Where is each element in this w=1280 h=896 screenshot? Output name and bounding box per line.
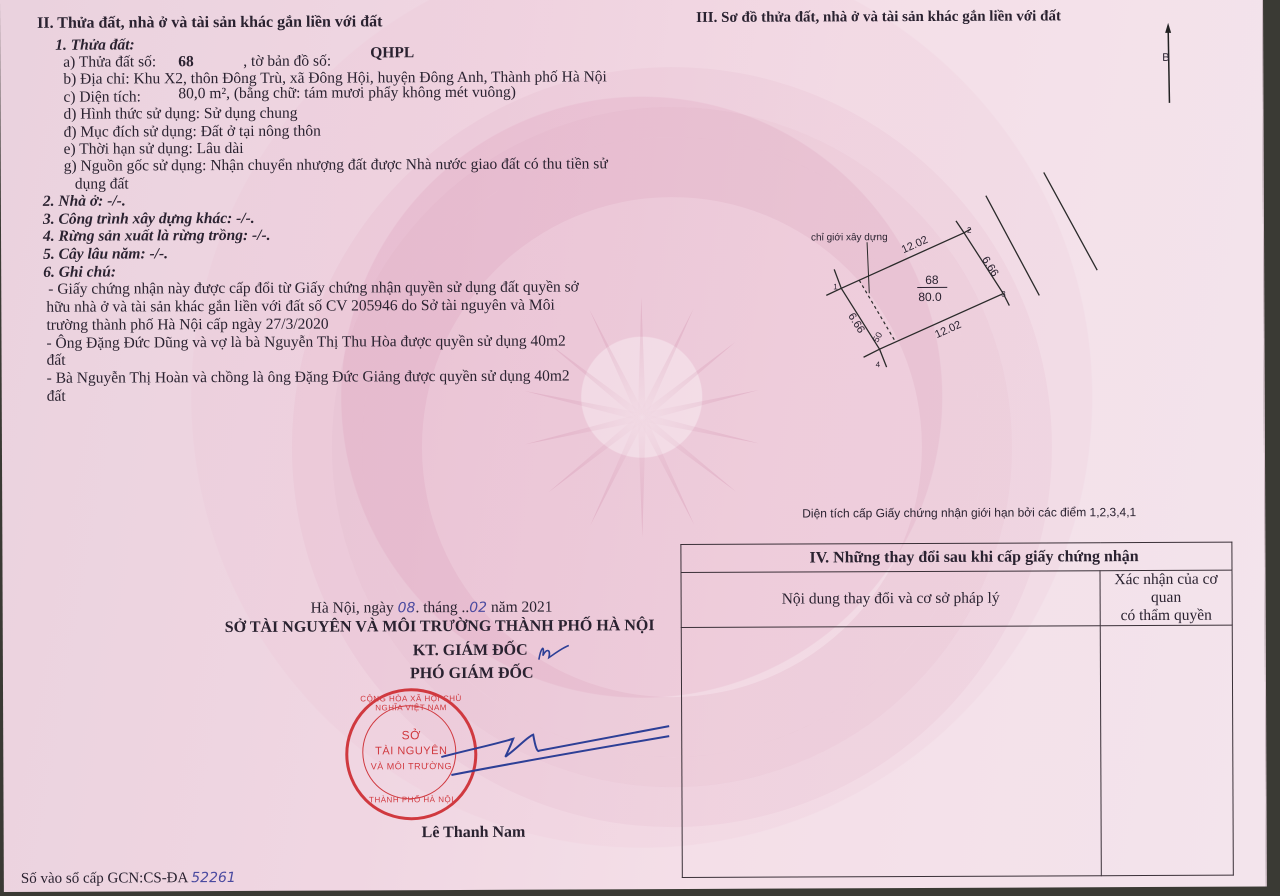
changes-table: IV. Những thay đổi sau khi cấp giấy chứn… (680, 542, 1233, 878)
issue-year: năm 2021 (491, 599, 553, 616)
handwritten-signature (433, 722, 673, 783)
issue-day: 08 (398, 600, 416, 616)
column-authority-confirmation: Xác nhận của cơ quan có thẩm quyền (1100, 570, 1232, 626)
seal-ring-text: CỘNG HÒA XÃ HỘI CHỦ NGHĨA VIỆT NAM (348, 694, 474, 713)
signer-role-1: KT. GIÁM ĐỐC (413, 642, 528, 661)
column-change-content: Nội dung thay đổi và cơ sở pháp lý (681, 571, 1100, 628)
point-3: 3 (1001, 286, 1006, 304)
signer-name: Lê Thanh Nam (422, 824, 526, 842)
authority-confirmation-cell (1100, 625, 1233, 876)
construction-line-label: chỉ giới xây dựng (811, 229, 888, 247)
register-number: Số vào sổ cấp GCN:CS-ĐA 52261 (21, 869, 236, 888)
section-4-title: IV. Những thay đổi sau khi cấp giấy chứn… (681, 542, 1232, 572)
point-1: 1 (833, 278, 838, 296)
col2-line1: Xác nhận của cơ quan (1101, 571, 1232, 608)
signer-role-2: PHÓ GIÁM ĐỐC (410, 665, 534, 684)
issuing-agency: SỞ TÀI NGUYÊN VÀ MÔI TRƯỜNG THÀNH PHỐ HÀ… (225, 617, 655, 637)
parcel-area-label: 80.0 (918, 288, 941, 306)
initial-mark (533, 638, 573, 668)
issue-month: 02 (469, 600, 487, 616)
point-2: 2 (967, 222, 972, 240)
date-prefix: Hà Nội, ngày (311, 599, 394, 616)
certificate-page: II. Thửa đất, nhà ở và tài sản khác gắn … (0, 0, 1267, 892)
change-content-cell (681, 626, 1101, 878)
point-4: 4 (876, 356, 881, 374)
col2-line2: có thẩm quyền (1101, 607, 1232, 626)
register-label: Số vào sổ cấp GCN:CS-ĐA (21, 870, 188, 887)
north-label: B (1162, 49, 1169, 67)
boundary-note: Diện tích cấp Giấy chứng nhận giới hạn b… (802, 503, 1136, 522)
register-handwritten-no: 52261 (191, 870, 236, 886)
month-label: tháng (423, 599, 458, 616)
seal-bottom-text: THÀNH PHỐ HÀ NỘI (348, 795, 474, 805)
issue-date: Hà Nội, ngày 08. tháng ..02 năm 2021 (311, 599, 553, 618)
